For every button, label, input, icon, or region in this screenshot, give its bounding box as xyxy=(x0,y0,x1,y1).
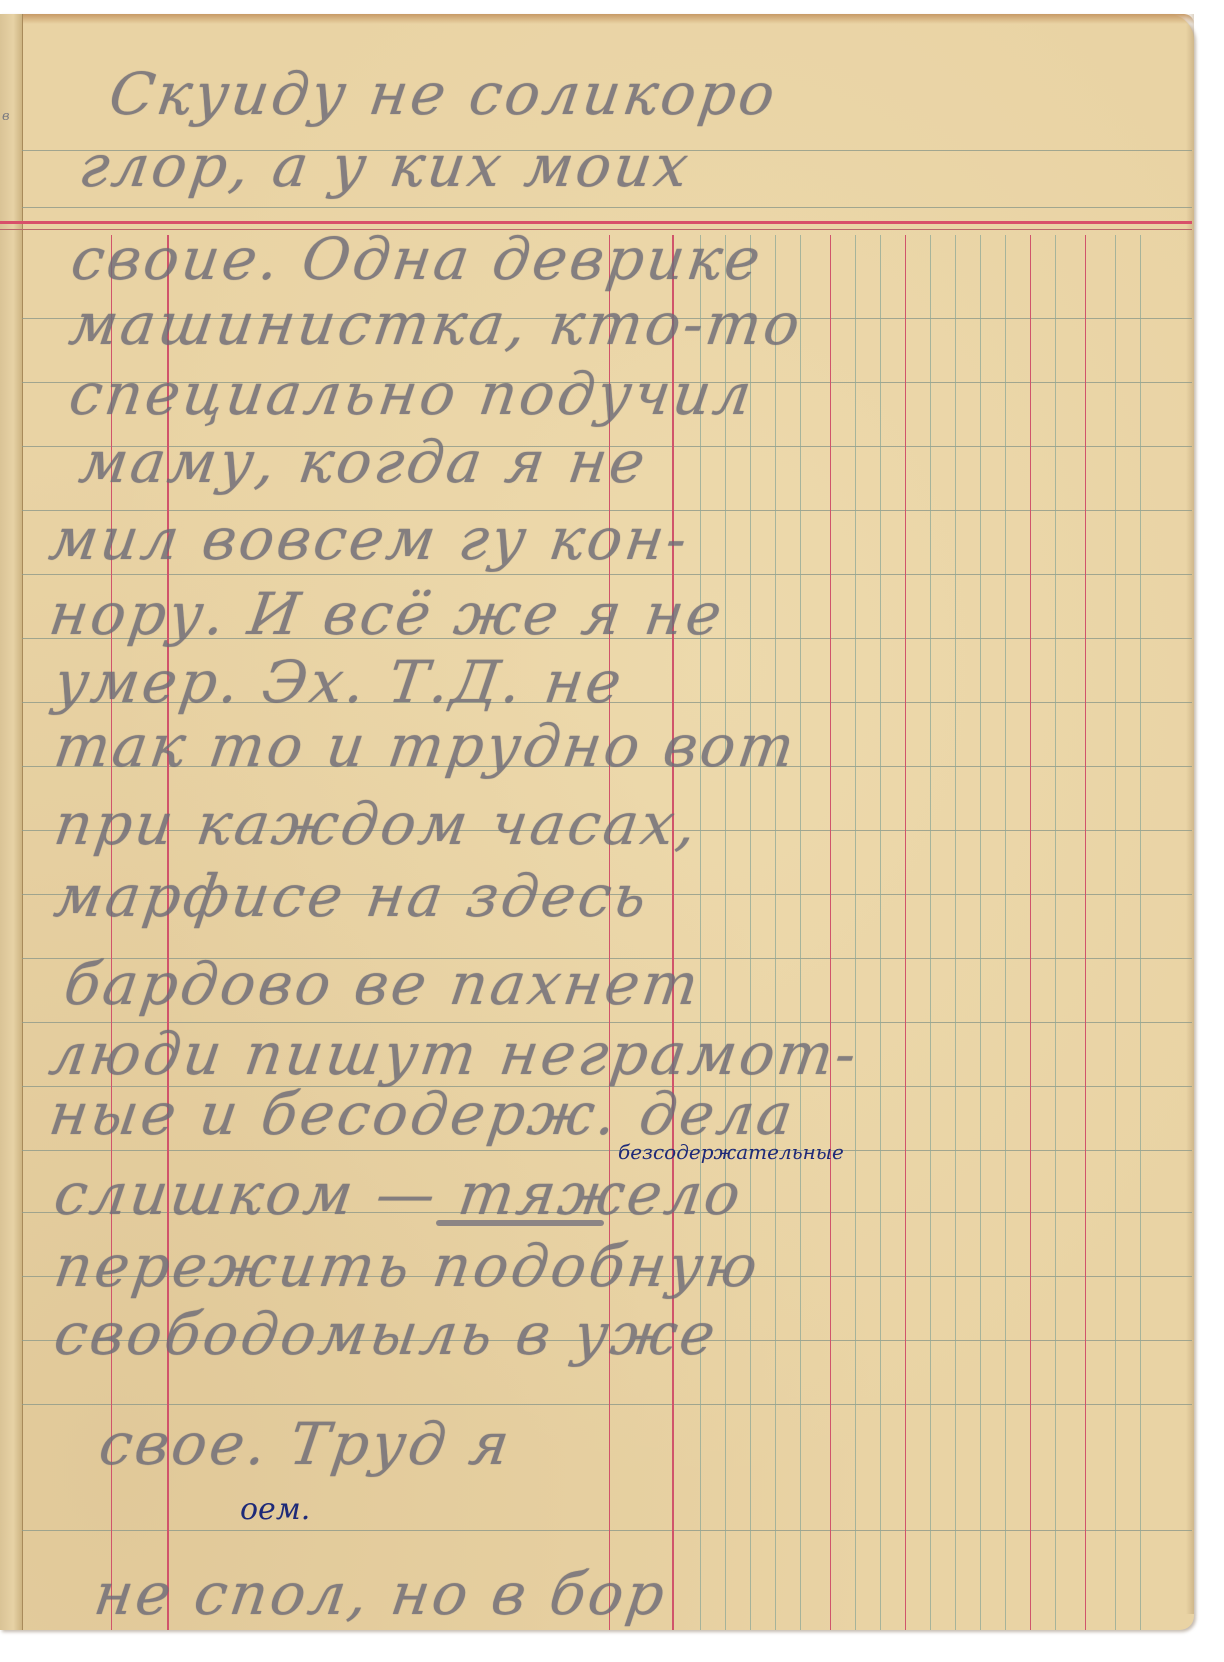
handwritten-line: не спол, но в бор xyxy=(90,1560,671,1628)
handwritten-line: ные и бесодерж. дела xyxy=(45,1080,799,1148)
ruled-line xyxy=(22,574,1192,575)
handwritten-line: глор, а у ких моих xyxy=(75,132,695,200)
grid-line xyxy=(750,235,751,1630)
grid-line xyxy=(1115,235,1116,1630)
ruled-line xyxy=(22,1150,1192,1151)
margin-mark: в xyxy=(2,109,16,125)
ledger-column-line xyxy=(1085,235,1086,1630)
grid-line xyxy=(1140,235,1141,1630)
grid-line xyxy=(700,235,701,1630)
grid-line xyxy=(855,235,856,1630)
ruled-line xyxy=(22,207,1192,208)
ruled-line xyxy=(22,1530,1192,1531)
handwritten-line: нору. И всё же я не xyxy=(45,580,728,648)
grid-line xyxy=(1055,235,1056,1630)
ink-annotation-lower: оем. xyxy=(240,1492,310,1527)
long-dash-stroke xyxy=(436,1220,604,1226)
handwritten-line: мил вовсем гу кон- xyxy=(45,505,694,573)
notebook-binding: в xyxy=(0,14,23,1630)
handwritten-line: люди пишут неграмот- xyxy=(45,1020,863,1088)
handwritten-line: марфисе на здесь xyxy=(50,862,653,930)
handwritten-line: слишком — тяжело xyxy=(50,1160,747,1228)
handwritten-line: маму, когда я не xyxy=(75,428,652,496)
handwritten-line: умер. Эх. Т.Д. не xyxy=(50,648,628,716)
grid-line xyxy=(725,235,726,1630)
ink-annotation-upper: безсодержательные xyxy=(618,1140,844,1164)
grid-line xyxy=(775,235,776,1630)
handwritten-line: пережить подобную xyxy=(50,1232,764,1300)
ledger-column-line xyxy=(830,235,831,1630)
handwritten-line: бардово ве пахнет xyxy=(60,950,705,1018)
grid-line xyxy=(980,235,981,1630)
handwritten-line: свое. Труд я xyxy=(95,1410,516,1478)
header-rule-red xyxy=(0,221,1192,224)
ledger-column-line xyxy=(905,235,906,1630)
handwritten-line: свободомыль в уже xyxy=(50,1300,722,1368)
ledger-column-line xyxy=(672,235,674,1630)
handwritten-line: Скуиду не соликоро xyxy=(105,60,782,128)
ledger-column-line xyxy=(1030,235,1031,1630)
grid-line xyxy=(1005,235,1006,1630)
grid-line xyxy=(880,235,881,1630)
handwritten-line: так то и трудно вот xyxy=(50,712,801,780)
grid-line xyxy=(800,235,801,1630)
handwritten-line: машинистка, кто-то xyxy=(65,290,807,358)
grid-line xyxy=(955,235,956,1630)
grid-line xyxy=(930,235,931,1630)
handwritten-line: своие. Одна деврике xyxy=(67,225,767,293)
ruled-line xyxy=(22,1404,1192,1405)
handwritten-line: при каждом часах, xyxy=(50,790,703,858)
page-edge-shadow xyxy=(1186,14,1194,1614)
handwritten-line: специально подучил xyxy=(65,360,758,428)
